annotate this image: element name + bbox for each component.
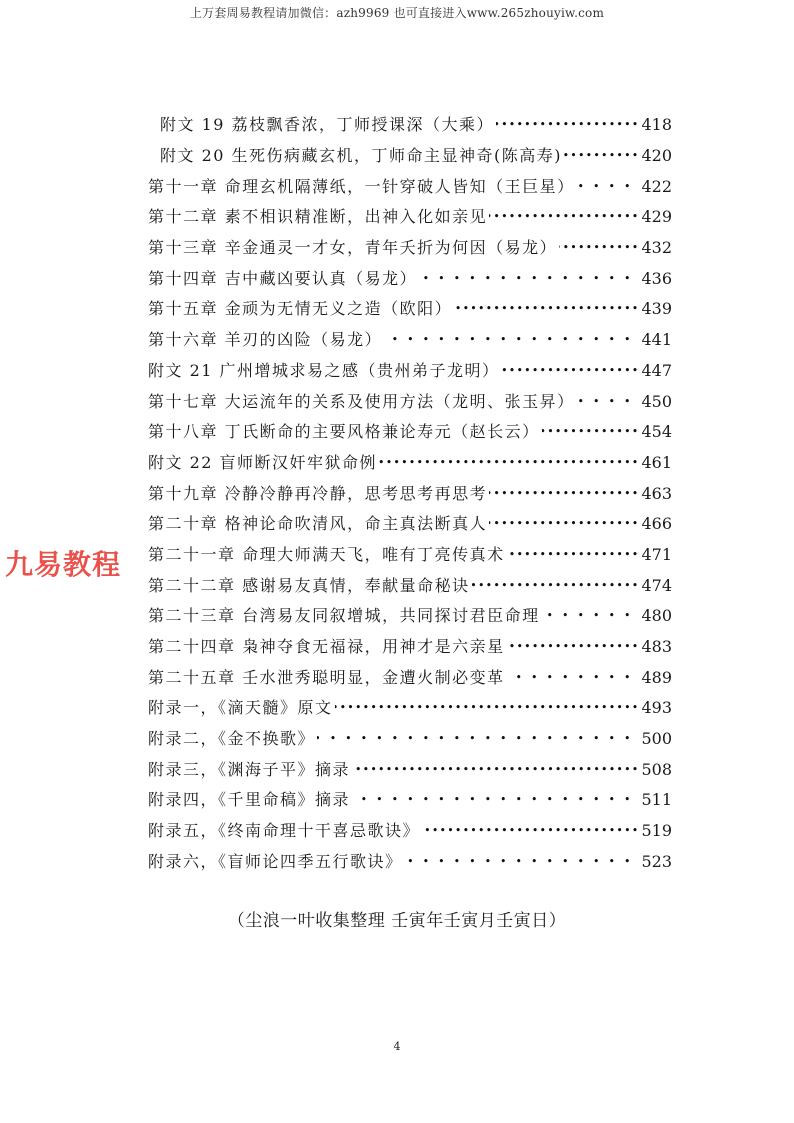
toc-entry-title: 附文 20 生死伤病藏玄机，丁师命主显神奇(陈高寿) bbox=[160, 144, 562, 168]
toc-leader-dots: ••••••••••••••••••••••••••••••••••••••••… bbox=[317, 727, 639, 751]
toc-entry-title: 第十七章 大运流年的关系及使用方法（龙明、张玉昇） bbox=[148, 390, 575, 414]
toc-entry-title: 附文 21 广州增城求易之感（贵州弟子龙明） bbox=[148, 359, 500, 383]
toc-leader-dots: ••••••••••••••••••••••••••••••••••••••••… bbox=[379, 451, 639, 475]
toc-entry-page-number: 432 bbox=[641, 236, 672, 260]
toc-entry-title: 附录四，《千里命稿》摘录 bbox=[148, 788, 350, 812]
toc-entry[interactable]: 附录五，《终南命理十干喜忌歌诀》••••••••••••••••••••••••… bbox=[148, 816, 672, 847]
toc-leader-dots: ••••••••••••••••••••••••••••••••••••••••… bbox=[335, 696, 640, 720]
toc-entry[interactable]: 第二十一章 命理大师满天飞，唯有丁亮传真术•••••••••••••••••••… bbox=[148, 540, 672, 571]
toc-entry-page-number: 463 bbox=[641, 482, 672, 506]
toc-entry[interactable]: 第二十三章 台湾易友同叙增城，共同探讨君臣命理•••••••••••••••••… bbox=[148, 601, 672, 632]
toc-entry[interactable]: 第十八章 丁氏断命的主要风格兼论寿元（赵长云）•••••••••••••••••… bbox=[148, 417, 672, 448]
toc-entry-page-number: 493 bbox=[641, 696, 672, 720]
toc-entry-title: 附文 22 盲师断汉奸牢狱命例 bbox=[148, 451, 377, 475]
toc-entry-title: 第二十三章 台湾易友同叙增城，共同探讨君臣命理 bbox=[148, 604, 540, 628]
toc-entry[interactable]: 第十九章 冷静冷静再冷静，思考思考再思考••••••••••••••••••••… bbox=[148, 478, 672, 509]
toc-leader-dots: ••••••••••••••••••••••••••••••••••••••••… bbox=[489, 205, 639, 229]
toc-entry-page-number: 508 bbox=[641, 758, 672, 782]
toc-entry-title: 附录六，《盲师论四季五行歌诀》 bbox=[148, 850, 403, 874]
toc-leader-dots: ••••••••••••••••••••••••••••••••••••••••… bbox=[559, 236, 639, 260]
toc-leader-dots: ••••••••••••••••••••••••••••••••••••••••… bbox=[352, 758, 639, 782]
toc-leader-dots: ••••••••••••••••••••••••••••••••••••••••… bbox=[489, 482, 639, 506]
toc-entry-title: 第十三章 辛金通灵一才女，青年夭折为何因（易龙） bbox=[148, 236, 557, 260]
toc-leader-dots: ••••••••••••••••••••••••••••••••••••••••… bbox=[507, 543, 640, 567]
toc-leader-dots: ••••••••••••••••••••••••••••••••••••••••… bbox=[419, 267, 639, 291]
toc-entry-page-number: 461 bbox=[641, 451, 672, 475]
toc-entry[interactable]: 附录四，《千里命稿》摘录••••••••••••••••••••••••••••… bbox=[148, 785, 672, 816]
toc-entry[interactable]: 附文 20 生死伤病藏玄机，丁师命主显神奇(陈高寿)••••••••••••••… bbox=[148, 141, 672, 172]
toc-entry-title: 附录二，《金不换歌》 bbox=[148, 727, 315, 751]
toc-leader-dots: ••••••••••••••••••••••••••••••••••••••••… bbox=[352, 788, 639, 812]
toc-entry-title: 第十四章 吉中藏凶要认真（易龙） bbox=[148, 267, 417, 291]
toc-entry-page-number: 447 bbox=[641, 359, 672, 383]
toc-entry-page-number: 471 bbox=[641, 543, 672, 567]
toc-entry-title: 第十九章 冷静冷静再冷静，思考思考再思考 bbox=[148, 482, 487, 506]
side-watermark-logo: 九易教程 bbox=[5, 543, 121, 583]
toc-entry[interactable]: 附录六，《盲师论四季五行歌诀》•••••••••••••••••••••••••… bbox=[148, 847, 672, 878]
toc-entry-page-number: 422 bbox=[641, 175, 672, 199]
toc-leader-dots: ••••••••••••••••••••••••••••••••••••••••… bbox=[542, 604, 640, 628]
toc-leader-dots: ••••••••••••••••••••••••••••••••••••••••… bbox=[507, 635, 640, 659]
toc-entry-title: 第十八章 丁氏断命的主要风格兼论寿元（赵长云） bbox=[148, 420, 540, 444]
toc-entry-page-number: 441 bbox=[641, 328, 672, 352]
toc-entry-page-number: 466 bbox=[641, 512, 672, 536]
toc-entry[interactable]: 第十三章 辛金通灵一才女，青年夭折为何因（易龙）••••••••••••••••… bbox=[148, 233, 672, 264]
toc-leader-dots: ••••••••••••••••••••••••••••••••••••••••… bbox=[564, 144, 639, 168]
toc-entry-title: 第二十二章 感谢易友真情，奉献量命秘诀 bbox=[148, 574, 470, 598]
toc-entry[interactable]: 附录三，《渊海子平》摘录••••••••••••••••••••••••••••… bbox=[148, 754, 672, 785]
toc-entry-page-number: 523 bbox=[641, 850, 672, 874]
toc-entry[interactable]: 第十七章 大运流年的关系及使用方法（龙明、张玉昇）•••••••••••••••… bbox=[148, 386, 672, 417]
toc-entry-title: 附录一，《滴天髓》原文 bbox=[148, 696, 333, 720]
toc-leader-dots: ••••••••••••••••••••••••••••••••••••••••… bbox=[472, 574, 640, 598]
toc-leader-dots: ••••••••••••••••••••••••••••••••••••••••… bbox=[454, 297, 639, 321]
toc-entry[interactable]: 第十二章 素不相识精准断，出神入化如亲见••••••••••••••••••••… bbox=[148, 202, 672, 233]
toc-leader-dots: ••••••••••••••••••••••••••••••••••••••••… bbox=[405, 850, 640, 874]
toc-entry-page-number: 439 bbox=[641, 297, 672, 321]
toc-entry-page-number: 500 bbox=[641, 727, 672, 751]
toc-leader-dots: ••••••••••••••••••••••••••••••••••••••••… bbox=[542, 420, 640, 444]
toc-entry-page-number: 429 bbox=[641, 205, 672, 229]
toc-entry-title: 第十六章 羊刃的凶险（易龙） bbox=[148, 328, 382, 352]
toc-entry-page-number: 450 bbox=[641, 390, 672, 414]
toc-leader-dots: ••••••••••••••••••••••••••••••••••••••••… bbox=[577, 390, 640, 414]
toc-entry-title: 第十一章 命理玄机隔薄纸，一针穿破人皆知（王巨星） bbox=[148, 175, 575, 199]
toc-entry[interactable]: 第十六章 羊刃的凶险（易龙）••••••••••••••••••••••••••… bbox=[148, 325, 672, 356]
toc-leader-dots: ••••••••••••••••••••••••••••••••••••••••… bbox=[489, 512, 639, 536]
toc-entry[interactable]: 第十四章 吉中藏凶要认真（易龙）••••••••••••••••••••••••… bbox=[148, 263, 672, 294]
toc-entry-title: 第十二章 素不相识精准断，出神入化如亲见 bbox=[148, 205, 487, 229]
toc-entry-page-number: 483 bbox=[641, 635, 672, 659]
toc-entry[interactable]: 第二十章 格神论命吹清风，命主真法断真人••••••••••••••••••••… bbox=[148, 509, 672, 540]
toc-entry[interactable]: 附录一，《滴天髓》原文•••••••••••••••••••••••••••••… bbox=[148, 693, 672, 724]
toc-entry-title: 第二十章 格神论命吹清风，命主真法断真人 bbox=[148, 512, 487, 536]
toc-entry-title: 附录三，《渊海子平》摘录 bbox=[148, 758, 350, 782]
header-watermark: 上万套周易教程请加微信：azh9969 也可直接进入www.265zhouyiw… bbox=[0, 4, 794, 21]
toc-entry[interactable]: 第二十二章 感谢易友真情，奉献量命秘诀•••••••••••••••••••••… bbox=[148, 570, 672, 601]
toc-entry-page-number: 489 bbox=[641, 666, 672, 690]
toc-entry-title: 附录五，《终南命理十干喜忌歌诀》 bbox=[148, 819, 420, 843]
page-number: 4 bbox=[0, 1040, 794, 1053]
toc-entry-title: 第十五章 金顽为无情无义之造（欧阳） bbox=[148, 297, 452, 321]
toc-entry[interactable]: 第二十四章 枭神夺食无福禄，用神才是六亲星•••••••••••••••••••… bbox=[148, 632, 672, 663]
toc-entry[interactable]: 第十一章 命理玄机隔薄纸，一针穿破人皆知（王巨星）•••••••••••••••… bbox=[148, 171, 672, 202]
toc-entry-page-number: 436 bbox=[641, 267, 672, 291]
toc-entry[interactable]: 附文 21 广州增城求易之感（贵州弟子龙明）••••••••••••••••••… bbox=[148, 356, 672, 387]
toc-entry-title: 第二十五章 壬水泄秀聪明显，金遭火制必变革 bbox=[148, 666, 505, 690]
table-of-contents: 附文 19 荔枝飘香浓，丁师授课深（大乘）•••••••••••••••••••… bbox=[148, 110, 672, 877]
toc-entry-title: 附文 19 荔枝飘香浓，丁师授课深（大乘） bbox=[160, 113, 494, 137]
toc-leader-dots: ••••••••••••••••••••••••••••••••••••••••… bbox=[502, 359, 640, 383]
credit-line: （尘浪一叶收集整理 壬寅年壬寅月壬寅日） bbox=[0, 906, 794, 931]
toc-entry[interactable]: 附文 22 盲师断汉奸牢狱命例•••••••••••••••••••••••••… bbox=[148, 448, 672, 479]
toc-entry-title: 第二十四章 枭神夺食无福禄，用神才是六亲星 bbox=[148, 635, 505, 659]
toc-entry-page-number: 474 bbox=[641, 574, 672, 598]
toc-leader-dots: ••••••••••••••••••••••••••••••••••••••••… bbox=[507, 666, 640, 690]
toc-entry-page-number: 511 bbox=[641, 788, 672, 812]
toc-entry-title: 第二十一章 命理大师满天飞，唯有丁亮传真术 bbox=[148, 543, 505, 567]
toc-entry-page-number: 454 bbox=[641, 420, 672, 444]
toc-entry-page-number: 519 bbox=[641, 819, 672, 843]
toc-entry[interactable]: 附录二，《金不换歌》••••••••••••••••••••••••••••••… bbox=[148, 724, 672, 755]
toc-entry[interactable]: 第十五章 金顽为无情无义之造（欧阳）••••••••••••••••••••••… bbox=[148, 294, 672, 325]
toc-entry-page-number: 420 bbox=[641, 144, 672, 168]
toc-leader-dots: ••••••••••••••••••••••••••••••••••••••••… bbox=[577, 175, 640, 199]
toc-entry-page-number: 480 bbox=[641, 604, 672, 628]
toc-entry[interactable]: 第二十五章 壬水泄秀聪明显，金遭火制必变革•••••••••••••••••••… bbox=[148, 662, 672, 693]
toc-leader-dots: ••••••••••••••••••••••••••••••••••••••••… bbox=[384, 328, 639, 352]
toc-leader-dots: ••••••••••••••••••••••••••••••••••••••••… bbox=[422, 819, 639, 843]
toc-entry[interactable]: 附文 19 荔枝飘香浓，丁师授课深（大乘）•••••••••••••••••••… bbox=[148, 110, 672, 141]
toc-leader-dots: ••••••••••••••••••••••••••••••••••••••••… bbox=[496, 113, 639, 137]
toc-entry-page-number: 418 bbox=[641, 113, 672, 137]
